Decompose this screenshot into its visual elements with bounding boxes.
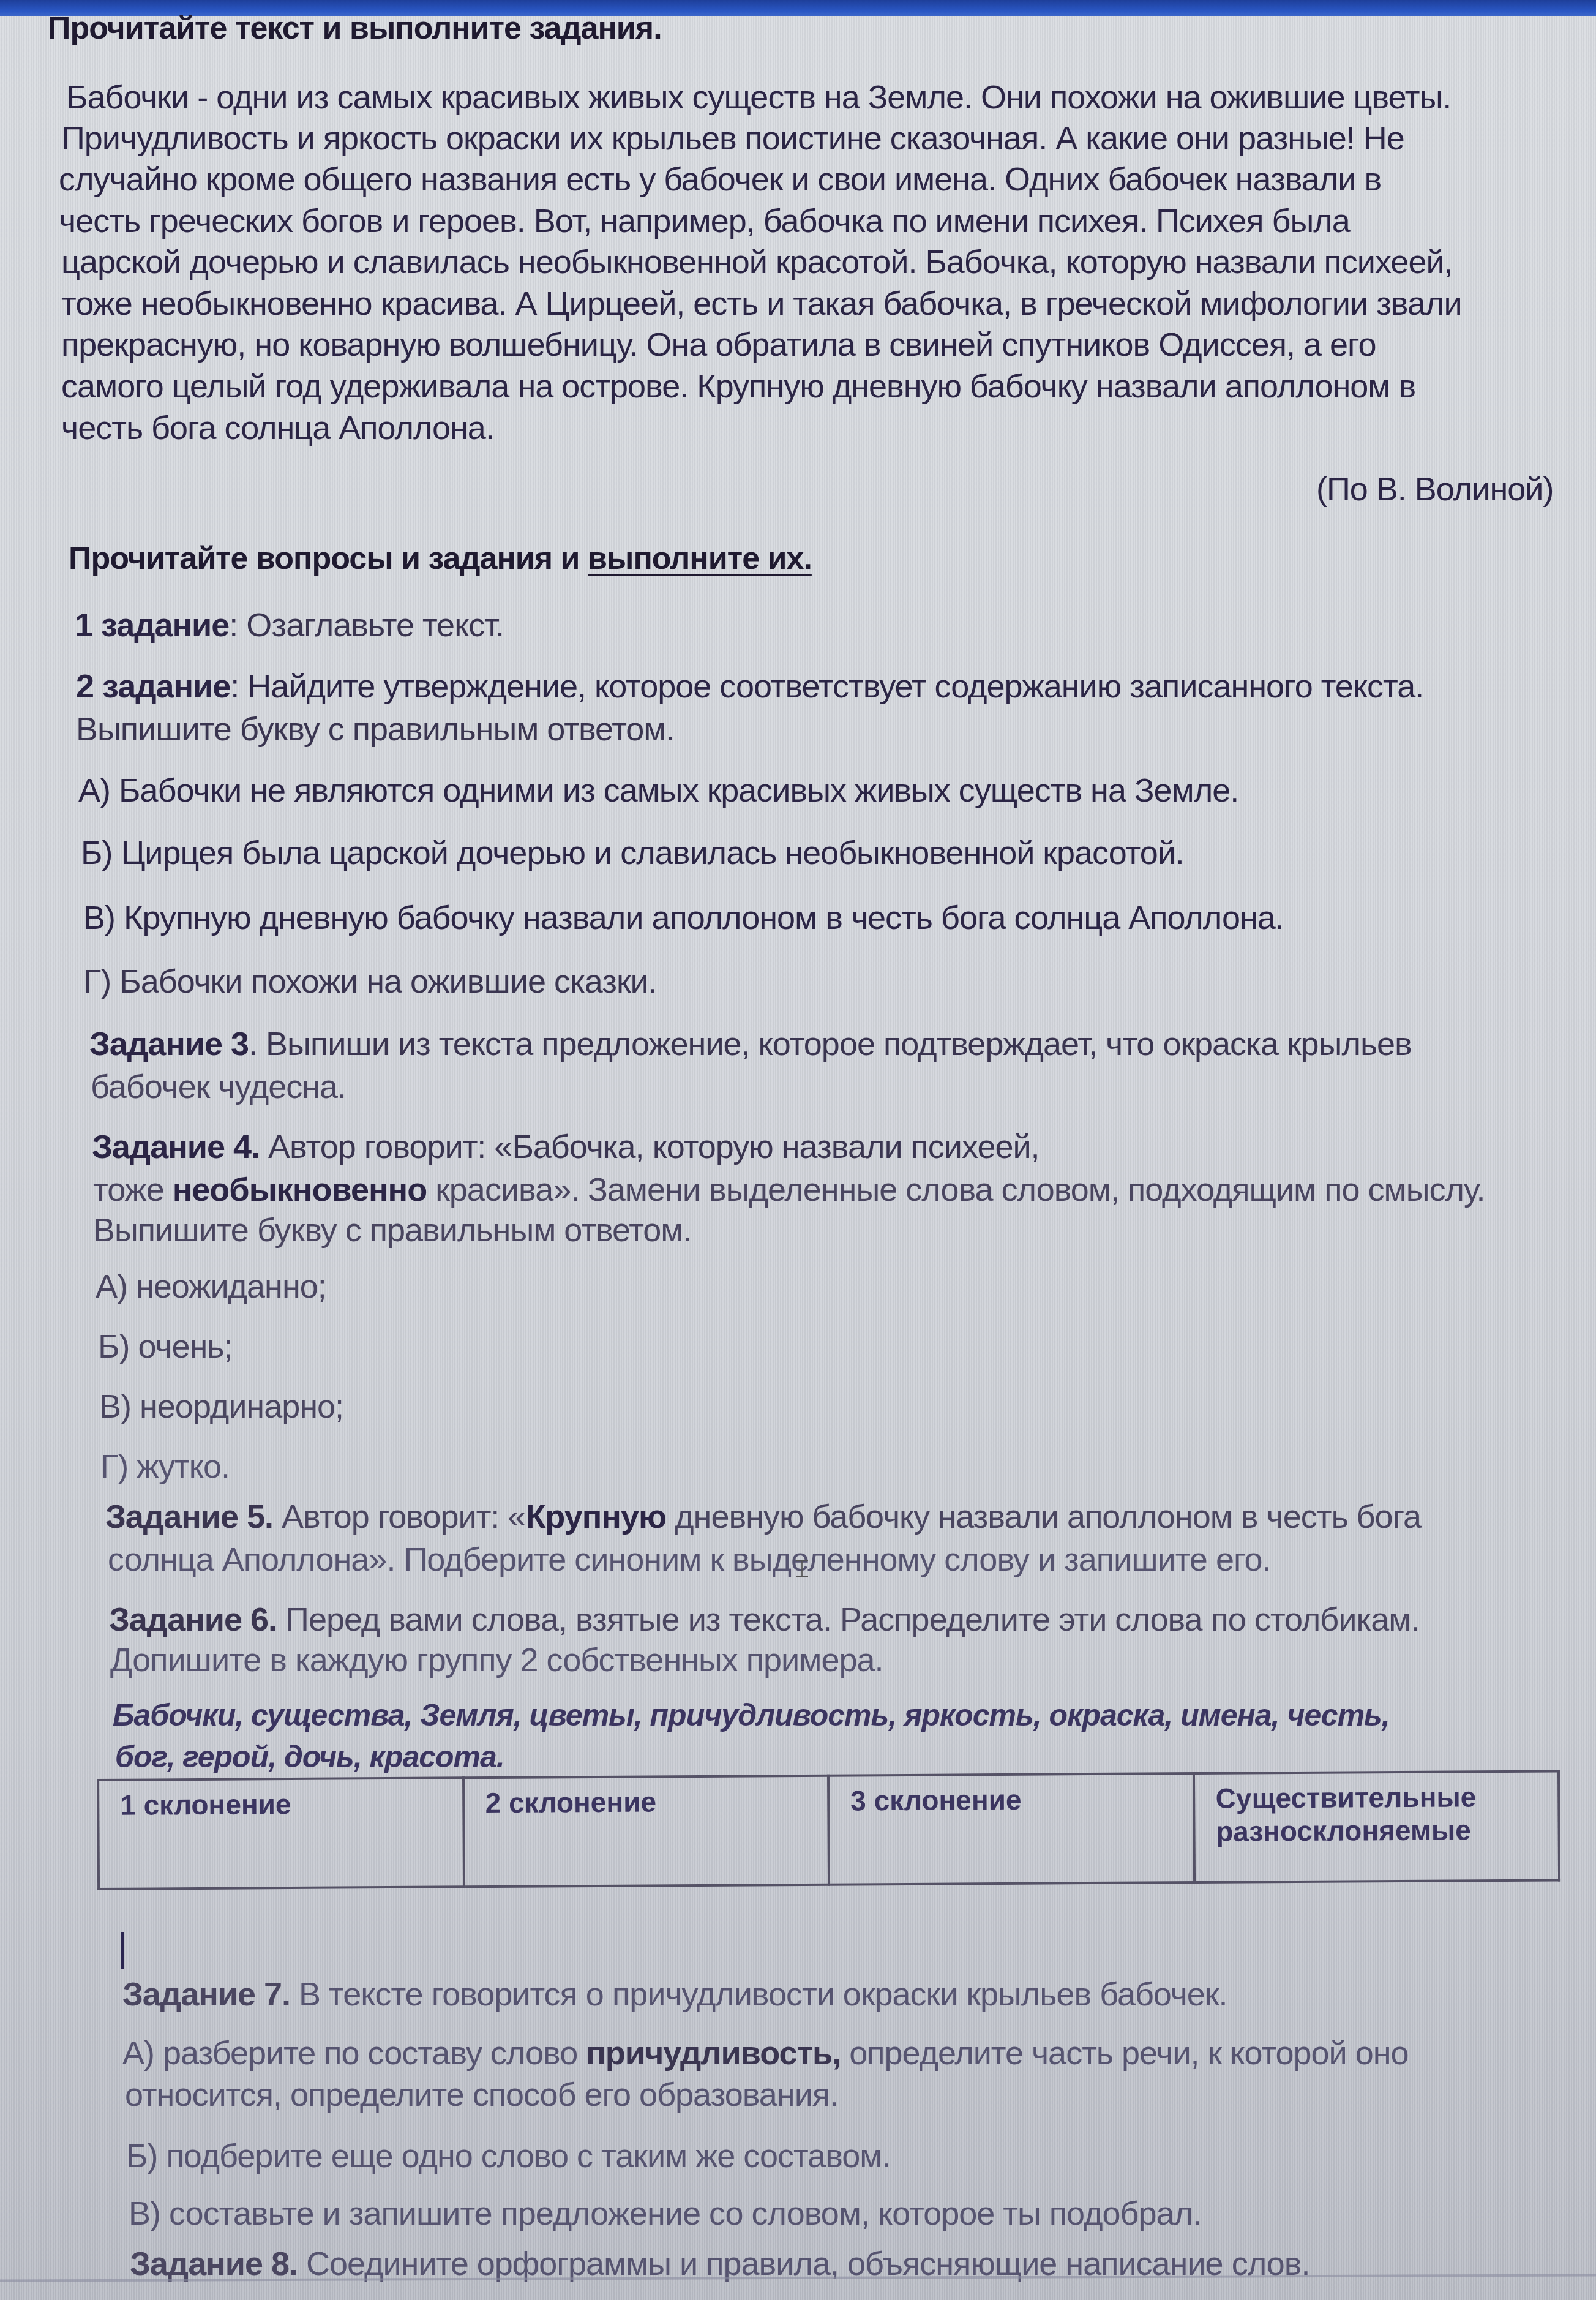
task-3-text: . Выпиши из текста предложение, которое … (249, 1026, 1412, 1062)
task-2: 2 задание: Найдите утверждение, которое … (76, 667, 1423, 705)
task-4-line2: тоже необыкновенно красива». Замени выде… (93, 1171, 1485, 1209)
task-5-line2: солнца Аполлона». Подберите синоним к вы… (108, 1541, 1270, 1579)
task-2-option-b: Б) Цирцея была царской дочерью и славила… (81, 834, 1184, 872)
task-4-text: Автор говорит: «Бабочка, которую назвали… (260, 1129, 1040, 1165)
document-title: Прочитайте текст и выполните задания. (48, 10, 662, 47)
column-header-declension-3[interactable]: 3 склонение (828, 1773, 1194, 1885)
task-2-text: : Найдите утверждение, которое соответст… (230, 668, 1423, 705)
task-7: Задание 7. В тексте говорится о причудли… (122, 1975, 1227, 2013)
task-3-line2: бабочек чудесна. (91, 1068, 346, 1106)
task-6-text: Перед вами слова, взятые из текста. Расп… (277, 1601, 1419, 1638)
passage-line: прекрасную, но коварную волшебницу. Она … (61, 326, 1376, 364)
task-5-text-post: дневную бабочку назвали аполлоном в чест… (666, 1498, 1421, 1535)
passage-line: честь бога солнца Аполлона. (61, 409, 494, 447)
passage-line: Причудливость и яркость окраски их крыль… (61, 119, 1404, 157)
text-cursor-icon: ⌶ (795, 1555, 809, 1583)
task-4-option-b: Б) очень; (98, 1328, 232, 1366)
task-4-option-a: А) неожиданно; (96, 1268, 326, 1306)
declension-table: 1 склонение 2 склонение 3 склонение Суще… (97, 1770, 1560, 1890)
task-2-option-c: В) Крупную дневную бабочку назвали аполл… (83, 899, 1284, 937)
task-4-option-c: В) неординарно; (99, 1388, 343, 1426)
passage-line: тоже необыкновенно красива. А Цирцеей, е… (61, 285, 1462, 323)
task-1-label: 1 задание (75, 607, 229, 644)
task-2-line2: Выпишите букву с правильным ответом. (76, 710, 675, 748)
passage-line: честь греческих богов и героев. Вот, нап… (59, 202, 1350, 240)
task-4-highlighted-word: необыкновенно (173, 1171, 427, 1208)
instructions-heading: Прочитайте вопросы и задания и выполните… (69, 540, 812, 577)
task-7-label: Задание 7. (122, 1976, 290, 2013)
task-5-highlighted-word: Крупную (525, 1498, 666, 1535)
task-5-text-pre: Автор говорит: « (273, 1498, 525, 1535)
task-1: 1 задание: Озаглавьте текст. (75, 606, 504, 644)
passage-line: случайно кроме общего названия есть у ба… (59, 160, 1381, 198)
passage-line: Бабочки - одни из самых красивых живых с… (66, 78, 1451, 116)
task-1-text: : Озаглавьте текст. (229, 607, 504, 644)
task-6-label: Задание 6. (109, 1601, 277, 1638)
source-attribution: (По В. Волиной) (1316, 470, 1553, 508)
text-caret (121, 1932, 124, 1969)
column-header-heteroclitic[interactable]: Существительные разносклоняемые (1193, 1771, 1559, 1882)
task-2-option-d: Г) Бабочки похожи на ожившие сказки. (83, 963, 657, 1001)
task-7-a-pre: А) разберите по составу слово (122, 2035, 586, 2072)
task-5-label: Задание 5. (105, 1498, 273, 1535)
passage-line: самого целый год удерживала на острове. … (61, 367, 1415, 405)
task-3-label: Задание 3 (89, 1026, 249, 1062)
task-6: Задание 6. Перед вами слова, взятые из т… (109, 1601, 1419, 1639)
task-4: Задание 4. Автор говорит: «Бабочка, кото… (92, 1128, 1040, 1166)
task-3: Задание 3. Выпиши из текста предложение,… (89, 1025, 1412, 1063)
passage-line: царской дочерью и славилась необыкновенн… (61, 243, 1453, 281)
task-8-label: Задание 8. (130, 2246, 298, 2282)
task-7-highlighted-word: причудливость, (586, 2035, 841, 2072)
task-7-a: А) разберите по составу слово причудливо… (122, 2034, 1409, 2072)
instructions-prefix: Прочитайте вопросы и задания и (69, 541, 588, 576)
task-6-word-list: Бабочки, существа, Земля, цветы, причудл… (113, 1697, 1390, 1733)
task-2-option-a: А) Бабочки не являются одними из самых к… (78, 772, 1238, 810)
task-7-c: В) составьте и запишите предложение со с… (129, 2195, 1201, 2233)
task-7-a-line2: относится, определите способ его образов… (125, 2076, 838, 2114)
column-header-declension-1[interactable]: 1 склонение (98, 1778, 464, 1889)
task-7-text: В тексте говорится о причудливости окрас… (290, 1976, 1227, 2013)
task-6-word-list: бог, герой, дочь, красота. (115, 1739, 504, 1775)
task-5: Задание 5. Автор говорит: «Крупную дневн… (105, 1498, 1421, 1536)
task-7-a-post: определите часть речи, к которой оно (841, 2035, 1408, 2072)
column-header-declension-2[interactable]: 2 склонение (463, 1776, 830, 1887)
task-2-label: 2 задание (76, 668, 230, 705)
task-4-option-d: Г) жутко. (100, 1448, 230, 1486)
task-4-line2-post: красива». Замени выделенные слова словом… (427, 1171, 1485, 1208)
task-7-b: Б) подберите еще одно слово с таким же с… (126, 2137, 890, 2175)
instructions-underlined: выполните их. (588, 541, 812, 576)
task-6-line2: Допишите в каждую группу 2 собственных п… (110, 1641, 883, 1679)
task-4-line2-pre: тоже (93, 1171, 173, 1208)
task-4-label: Задание 4. (92, 1129, 260, 1165)
task-4-line3: Выпишите букву с правильным ответом. (93, 1211, 692, 1249)
